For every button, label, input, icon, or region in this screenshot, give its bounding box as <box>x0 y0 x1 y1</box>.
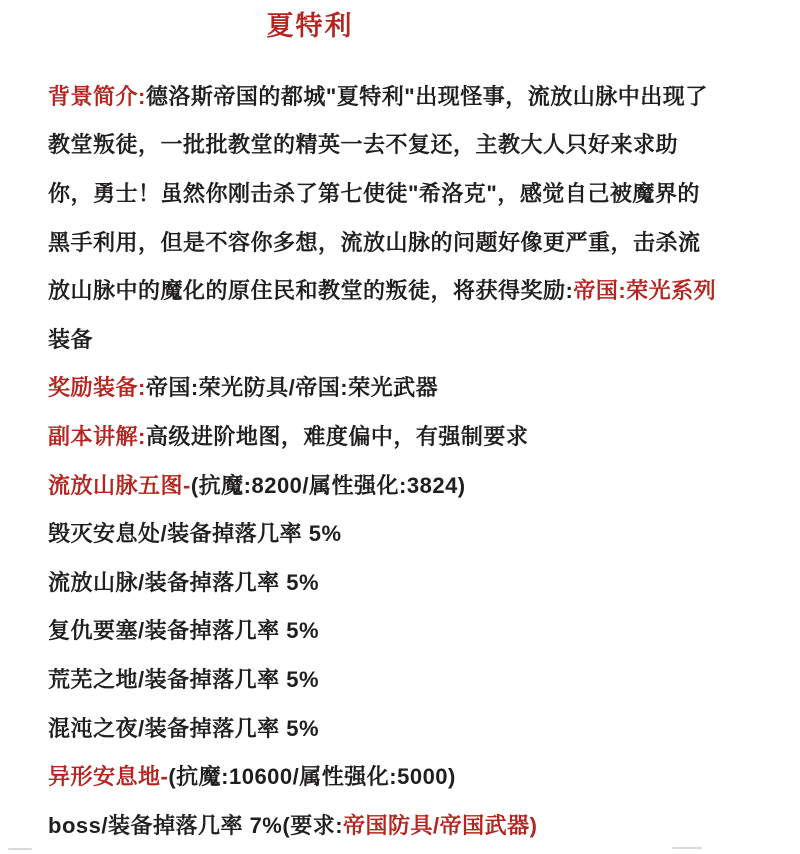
highlighted-text-segment: 帝国防具/帝国武器) <box>343 809 537 840</box>
paragraph-lines: 背景简介:德洛斯帝国的都城"夏特利"出现怪事，流放山脉中出现了教堂叛徒，一批批教… <box>0 71 800 849</box>
text-line: boss/装备掉落几率 7%(要求:帝国防具/帝国武器) <box>48 800 784 849</box>
page-title: 夏特利 <box>0 0 620 42</box>
document-page: 夏特利 背景简介:德洛斯帝国的都城"夏特利"出现怪事，流放山脉中出现了教堂叛徒，… <box>0 0 800 854</box>
text-line: 流放山脉/装备掉落几率 5% <box>48 557 784 606</box>
highlighted-text-segment: 帝国:荣光系列 <box>573 274 716 305</box>
highlighted-text-segment: 异形安息地- <box>48 760 168 791</box>
text-line: 装备 <box>48 314 784 363</box>
text-line: 流放山脉五图-(抗魔:8200/属性强化:3824) <box>48 460 784 509</box>
text-line: 放山脉中的魔化的原住民和教堂的叛徒，将获得奖励:帝国:荣光系列 <box>48 265 784 314</box>
bottom-left-smudge <box>8 848 32 850</box>
text-segment: (抗魔:10600/属性强化:5000) <box>168 760 456 791</box>
text-line: 混沌之夜/装备掉落几率 5% <box>48 703 784 752</box>
text-line: 背景简介:德洛斯帝国的都城"夏特利"出现怪事，流放山脉中出现了 <box>48 71 784 120</box>
text-segment: 荒芜之地/装备掉落几率 5% <box>48 663 319 694</box>
text-segment: 高级进阶地图，难度偏中，有强制要求 <box>146 420 529 451</box>
text-segment: (抗魔:8200/属性强化:3824) <box>191 469 466 500</box>
text-line: 你，勇士！虽然你刚击杀了第七使徒"希洛克"，感觉自己被魔界的 <box>48 168 784 217</box>
text-segment: 毁灭安息处/装备掉落几率 5% <box>48 517 342 548</box>
text-segment: 混沌之夜/装备掉落几率 5% <box>48 712 319 743</box>
highlighted-text-segment: 奖励装备: <box>48 371 146 402</box>
text-segment: boss/装备掉落几率 7%(要求: <box>48 809 343 840</box>
highlighted-text-segment: 流放山脉五图- <box>48 469 191 500</box>
text-line: 荒芜之地/装备掉落几率 5% <box>48 654 784 703</box>
highlighted-text-segment: 副本讲解: <box>48 420 146 451</box>
text-line: 教堂叛徒，一批批教堂的精英一去不复还，主教大人只好来求助 <box>48 120 784 169</box>
text-segment: 帝国:荣光防具/帝国:荣光武器 <box>146 371 438 402</box>
text-segment: 德洛斯帝国的都城"夏特利"出现怪事，流放山脉中出现了 <box>146 80 708 111</box>
text-segment: 你，勇士！虽然你刚击杀了第七使徒"希洛克"，感觉自己被魔界的 <box>48 177 700 208</box>
text-line: 奖励装备:帝国:荣光防具/帝国:荣光武器 <box>48 363 784 412</box>
text-segment: 流放山脉/装备掉落几率 5% <box>48 566 319 597</box>
text-line: 异形安息地-(抗魔:10600/属性强化:5000) <box>48 751 784 800</box>
highlighted-text-segment: 背景简介: <box>48 80 146 111</box>
text-line: 黑手利用，但是不容你多想，流放山脉的问题好像更严重，击杀流 <box>48 217 784 266</box>
text-segment: 装备 <box>48 323 93 354</box>
bottom-right-smudge <box>672 847 702 849</box>
text-segment: 教堂叛徒，一批批教堂的精英一去不复还，主教大人只好来求助 <box>48 128 678 159</box>
text-line: 毁灭安息处/装备掉落几率 5% <box>48 508 784 557</box>
text-segment: 黑手利用，但是不容你多想，流放山脉的问题好像更严重，击杀流 <box>48 226 701 257</box>
text-segment: 复仇要塞/装备掉落几率 5% <box>48 614 319 645</box>
text-segment: 放山脉中的魔化的原住民和教堂的叛徒，将获得奖励: <box>48 274 573 305</box>
text-line: 复仇要塞/装备掉落几率 5% <box>48 606 784 655</box>
text-line: 副本讲解:高级进阶地图，难度偏中，有强制要求 <box>48 411 784 460</box>
